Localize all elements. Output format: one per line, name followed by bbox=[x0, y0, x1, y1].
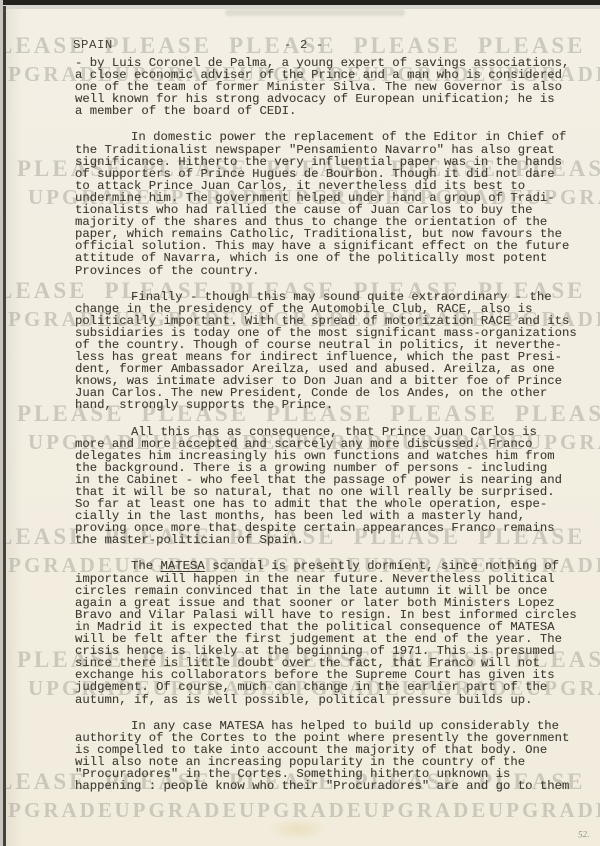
text-line: significance. Hitherto the very influent… bbox=[75, 156, 587, 168]
text-line: importance will happen in the near futur… bbox=[75, 573, 587, 585]
text-line: delegates him increasingly his own funct… bbox=[75, 450, 587, 462]
text-line: Finally - though this may sound quite ex… bbox=[75, 291, 587, 303]
scan-top-edge-light bbox=[0, 5, 600, 9]
paragraph: Finally - though this may sound quite ex… bbox=[75, 291, 587, 412]
text-line: autumn, if, as is well possible, politic… bbox=[75, 694, 587, 706]
text-line: the master-politician of Spain. bbox=[75, 534, 587, 546]
text-line: In any case MATESA has helped to build u… bbox=[75, 720, 587, 732]
document-body: - by Luis Coronel de Palma, a young expe… bbox=[75, 57, 587, 806]
text-line: happening : people know who their "Procu… bbox=[75, 780, 587, 792]
paragraph: All this has as consequence, that Prince… bbox=[75, 426, 587, 547]
text-line: a member of the board of CEDI. bbox=[75, 105, 587, 117]
corner-scribble: 52. bbox=[578, 829, 590, 840]
text-line: In domestic power the replacement of the… bbox=[75, 131, 587, 143]
text-line: judgement. Of course, much can change in… bbox=[75, 681, 587, 693]
scan-smudge bbox=[225, 9, 405, 16]
paragraph: In any case MATESA has helped to build u… bbox=[75, 720, 587, 793]
text-line: Provinces of the country. bbox=[75, 265, 587, 277]
text-line: The MATESA scandal is presently dormient… bbox=[75, 560, 587, 572]
text-line: circles remain convinced that in the lat… bbox=[75, 585, 587, 597]
text-line: hand, strongly supports the Prince. bbox=[75, 399, 587, 411]
text-line: the Traditionalist newspaper "Pensamient… bbox=[75, 144, 587, 156]
text-line: attitude of Navarra, which is one of the… bbox=[75, 252, 587, 264]
text-line: more and more accepted and scarcely any … bbox=[75, 438, 587, 450]
country-label: SPAIN bbox=[73, 38, 113, 52]
scan-left-edge-line bbox=[3, 6, 6, 846]
text-line: change in the presidency of the Automobi… bbox=[75, 303, 587, 315]
document-page: PLEASEPLEASEPLEASEPLEASEPLEASEPLEASEUPGR… bbox=[0, 0, 600, 846]
paragraph: The MATESA scandal is presently dormient… bbox=[75, 560, 587, 705]
page-number: - 2 - bbox=[284, 38, 324, 52]
paragraph: - by Luis Coronel de Palma, a young expe… bbox=[75, 57, 587, 117]
paragraph: In domestic power the replacement of the… bbox=[75, 131, 587, 276]
scan-left-shadow bbox=[6, 9, 22, 846]
paper-stain bbox=[268, 818, 328, 840]
text-line: authority of the Cortes to the point whe… bbox=[75, 732, 587, 744]
text-line: All this has as consequence, that Prince… bbox=[75, 426, 587, 438]
